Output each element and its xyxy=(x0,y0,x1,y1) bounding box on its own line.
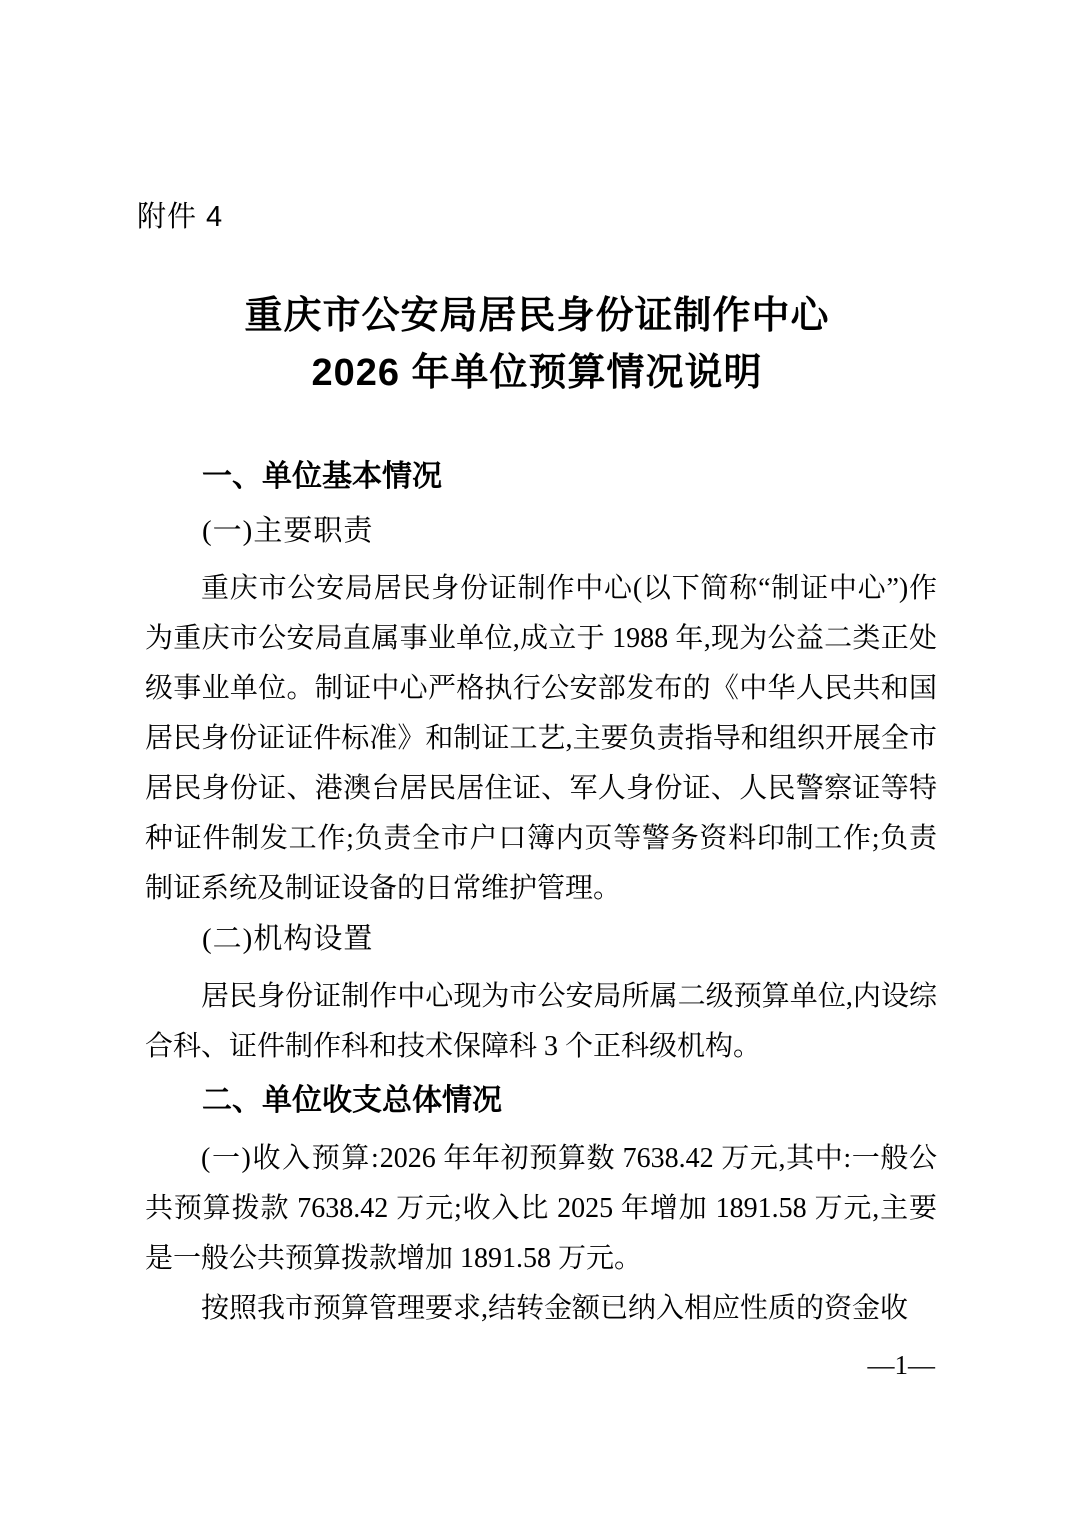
subsection-heading-duties: (一)主要职责 xyxy=(145,506,937,556)
paragraph-carryover-note: 按照我市预算管理要求,结转金额已纳入相应性质的资金收 xyxy=(145,1284,937,1334)
attachment-label: 附件 4 xyxy=(137,194,223,235)
title-line-2: 2026 年单位预算情况说明 xyxy=(0,345,1074,402)
paragraph-duties: 重庆市公安局居民身份证制作中心(以下简称“制证中心”)作为重庆市公安局直属事业单… xyxy=(145,564,937,914)
section-heading-basic-info: 一、单位基本情况 xyxy=(145,452,937,502)
title-line-1: 重庆市公安局居民身份证制作中心 xyxy=(0,288,1074,345)
section-heading-budget-overview: 二、单位收支总体情况 xyxy=(145,1076,937,1126)
document-page: 附件 4 重庆市公安局居民身份证制作中心 2026 年单位预算情况说明 一、单位… xyxy=(0,0,1074,1520)
income-budget-lead: (一)收入预算: xyxy=(201,1143,380,1174)
document-title: 重庆市公安局居民身份证制作中心 2026 年单位预算情况说明 xyxy=(0,288,1074,402)
paragraph-income-budget: (一)收入预算:2026 年年初预算数 7638.42 万元,其中:一般公共预算… xyxy=(145,1134,937,1284)
page-number: —1— xyxy=(868,1350,936,1381)
subsection-heading-organization: (二)机构设置 xyxy=(145,914,937,964)
paragraph-organization: 居民身份证制作中心现为市公安局所属二级预算单位,内设综合科、证件制作科和技术保障… xyxy=(145,972,937,1072)
document-body: 一、单位基本情况 (一)主要职责 重庆市公安局居民身份证制作中心(以下简称“制证… xyxy=(145,452,937,1334)
